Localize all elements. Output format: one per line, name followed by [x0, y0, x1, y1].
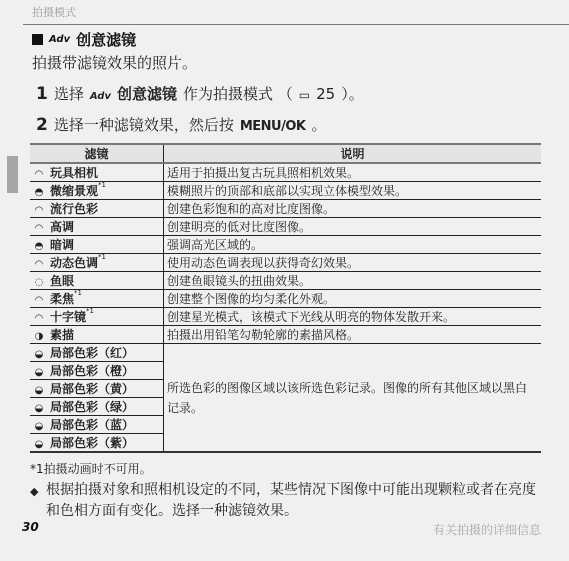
soft-focus-icon: ◠: [33, 295, 45, 306]
partial-color-icon: ◒: [33, 403, 45, 414]
partial-color-icon: ◒: [33, 349, 45, 360]
filter-name: 局部色彩（紫）: [50, 436, 134, 450]
filter-name-cell: ◠玩具相机: [30, 163, 164, 182]
table-row: ◒局部色彩（红）所选色彩的图像区域以该所选色彩记录。图像的所有其他区域以黑白记录…: [30, 344, 541, 362]
adv-filter-icon: Adv: [49, 34, 70, 45]
filter-name: 局部色彩（橙）: [50, 364, 134, 378]
table-row: ◠柔焦*1创建整个图像的均匀柔化外观。: [30, 290, 541, 308]
filter-name-cell: ◠流行色彩: [30, 200, 164, 218]
filter-description: 创建鱼眼镜头的扭曲效果。: [164, 272, 542, 290]
filter-name-cell: ◌鱼眼: [30, 272, 164, 290]
page-title: Adv 创意滤镜: [32, 29, 136, 50]
filter-name: 高调: [50, 220, 74, 234]
step-number: 2: [36, 115, 48, 135]
filter-description: 创建色彩饱和的高对比度图像。: [164, 200, 542, 218]
filter-name: 柔焦: [50, 292, 74, 306]
filter-name: 微缩景观: [50, 184, 98, 198]
table-row: ◠动态色调*1使用动态色调表现以获得奇幻效果。: [30, 254, 541, 272]
filter-name-cell: ◓微缩景观*1: [30, 182, 164, 200]
partial-color-icon: ◒: [33, 367, 45, 378]
sketch-icon: ◑: [33, 331, 45, 342]
column-header-filter: 滤镜: [30, 144, 164, 163]
step-text: 作为拍摄模式 （: [183, 83, 293, 104]
filter-name: 鱼眼: [50, 274, 74, 288]
step-text: ）。: [341, 83, 364, 104]
page-number: 30: [22, 520, 39, 534]
chapter-thumb-tab: [7, 156, 18, 193]
footnote-marker: *1: [98, 181, 106, 189]
partial-color-icon: ◒: [33, 421, 45, 432]
menu-ok-button-label: MENU/OK: [240, 119, 306, 134]
footnote: *1拍摄动画时不可用。: [30, 460, 152, 477]
filter-description: 使用动态色调表现以获得奇幻效果。: [164, 254, 542, 272]
filter-name-cell: ◒局部色彩（红）: [30, 344, 164, 362]
table-row: ◌鱼眼创建鱼眼镜头的扭曲效果。: [30, 272, 541, 290]
pop-color-icon: ◠: [33, 205, 45, 216]
table-row: ◓暗调强调高光区域的。: [30, 236, 541, 254]
step-text: 选择: [54, 83, 84, 104]
filter-table: 滤镜 说明 ◠玩具相机适用于拍摄出复古玩具照相机效果。◓微缩景观*1模糊照片的顶…: [30, 143, 541, 453]
partial-color-icon: ◒: [33, 385, 45, 396]
filter-name: 局部色彩（绿）: [50, 400, 134, 414]
note: ◆ 根据拍摄对象和照相机设定的不同，某些情况下图像中可能出现颗粒或者在亮度和色相…: [30, 480, 540, 522]
header-divider: [23, 24, 569, 25]
table-row: ◑素描拍摄出用铅笔勾勒轮廓的素描风格。: [30, 326, 541, 344]
intro-text: 拍摄带滤镜效果的照片。: [32, 52, 197, 73]
miniature-icon: ◓: [33, 187, 45, 198]
high-key-icon: ◠: [33, 223, 45, 234]
table-row: ◓微缩景观*1模糊照片的顶部和底部以实现立体模型效果。: [30, 182, 541, 200]
filter-name-cell: ◠柔焦*1: [30, 290, 164, 308]
table-row: ◠流行色彩创建色彩饱和的高对比度图像。: [30, 200, 541, 218]
step-number: 1: [36, 84, 48, 104]
filter-name-cell: ◠十字镜*1: [30, 308, 164, 326]
filter-name: 动态色调: [50, 256, 98, 270]
toy-camera-icon: ◠: [33, 169, 45, 180]
step-2: 2 选择一种滤镜效果，然后按 MENU/OK 。: [36, 114, 327, 135]
filter-description: 所选色彩的图像区域以该所选色彩记录。图像的所有其他区域以黑白记录。: [164, 344, 542, 453]
filter-name-cell: ◒局部色彩（紫）: [30, 434, 164, 453]
filter-name-cell: ◒局部色彩（橙）: [30, 362, 164, 380]
filter-name: 十字镜: [50, 310, 86, 324]
adv-filter-icon: Adv: [90, 91, 111, 102]
filter-name: 流行色彩: [50, 202, 98, 216]
filter-name: 局部色彩（黄）: [50, 382, 134, 396]
dynamic-tone-icon: ◠: [33, 259, 45, 270]
filter-description: 强调高光区域的。: [164, 236, 542, 254]
filter-description: 适用于拍摄出复古玩具照相机效果。: [164, 163, 542, 182]
filter-description: 创建星光模式，该模式下光线从明亮的物体发散开来。: [164, 308, 542, 326]
footnote-marker: *1: [86, 307, 94, 315]
square-bullet-icon: [32, 34, 43, 45]
partial-color-icon: ◒: [33, 439, 45, 450]
filter-name: 玩具相机: [50, 166, 98, 180]
filter-name: 局部色彩（红）: [50, 346, 134, 360]
filter-name: 局部色彩（蓝）: [50, 418, 134, 432]
filter-name-cell: ◒局部色彩（蓝）: [30, 416, 164, 434]
page-ref-link[interactable]: 25: [316, 85, 335, 103]
footnote-marker: *1: [98, 253, 106, 261]
filter-description: 模糊照片的顶部和底部以实现立体模型效果。: [164, 182, 542, 200]
filter-name-cell: ◠动态色调*1: [30, 254, 164, 272]
mode-name: 创意滤镜: [117, 83, 177, 104]
note-icon: ◆: [30, 480, 46, 522]
filter-name-cell: ◒局部色彩（黄）: [30, 380, 164, 398]
step-text: 选择一种滤镜效果，然后按: [54, 114, 234, 135]
note-text: 根据拍摄对象和照相机设定的不同，某些情况下图像中可能出现颗粒或者在亮度和色相方面…: [46, 480, 540, 522]
filter-name-cell: ◓暗调: [30, 236, 164, 254]
step-1: 1 选择 Adv 创意滤镜 作为拍摄模式 （ ▭ 25 ）。: [36, 83, 364, 104]
filter-description: 创建整个图像的均匀柔化外观。: [164, 290, 542, 308]
step-text: 。: [312, 114, 327, 135]
cross-screen-icon: ◠: [33, 313, 45, 324]
section-header: 拍摄模式: [32, 4, 76, 20]
filter-name-cell: ◠高调: [30, 218, 164, 236]
chapter-title: 有关拍摄的详细信息: [433, 521, 541, 538]
table-row: ◠高调创建明亮的低对比度图像。: [30, 218, 541, 236]
filter-name: 暗调: [50, 238, 74, 252]
title-text: 创意滤镜: [76, 29, 136, 50]
footnote-marker: *1: [74, 289, 82, 297]
table-row: ◠玩具相机适用于拍摄出复古玩具照相机效果。: [30, 163, 541, 182]
book-icon: ▭: [299, 88, 310, 102]
filter-name: 素描: [50, 328, 74, 342]
column-header-description: 说明: [164, 144, 542, 163]
filter-name-cell: ◑素描: [30, 326, 164, 344]
filter-name-cell: ◒局部色彩（绿）: [30, 398, 164, 416]
table-row: ◠十字镜*1创建星光模式，该模式下光线从明亮的物体发散开来。: [30, 308, 541, 326]
low-key-icon: ◓: [33, 241, 45, 252]
filter-description: 拍摄出用铅笔勾勒轮廓的素描风格。: [164, 326, 542, 344]
filter-description: 创建明亮的低对比度图像。: [164, 218, 542, 236]
fisheye-icon: ◌: [33, 277, 45, 288]
